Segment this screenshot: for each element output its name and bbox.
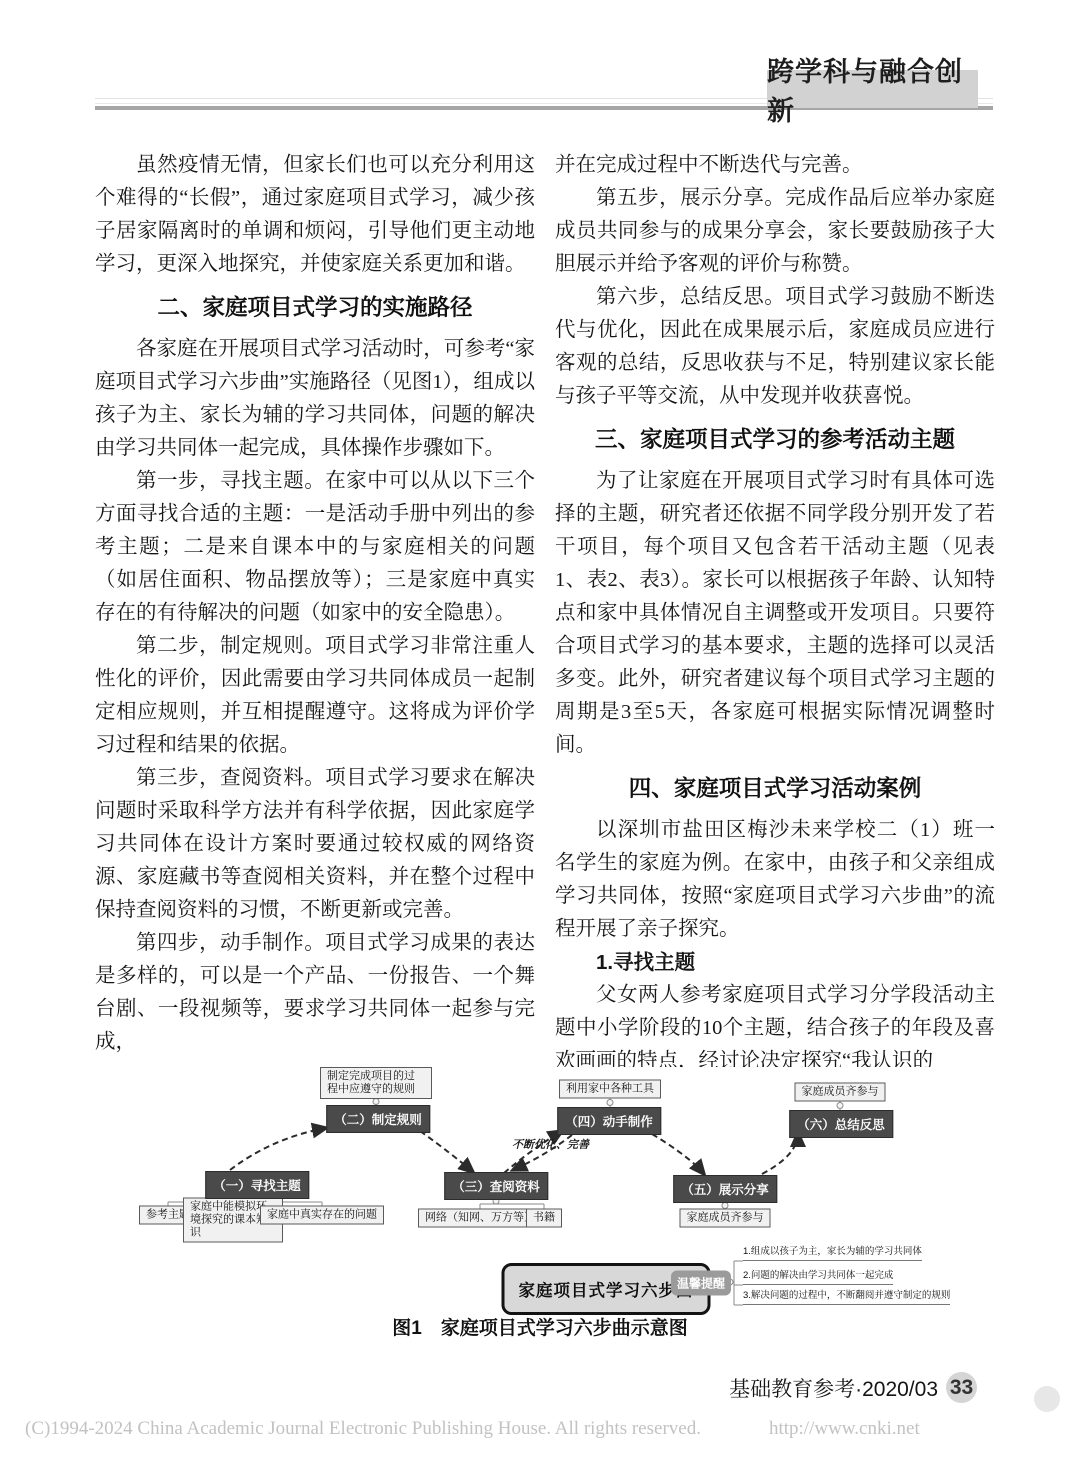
section-heading: 三、家庭项目式学习的参考活动主题: [555, 423, 995, 456]
reminder-item: 3.解决问题的过程中，不断翻阅并遵守制定的规则: [743, 1290, 950, 1305]
note-resource-books: 书籍: [526, 1209, 562, 1228]
paragraph: 父女两人参考家庭项目式学习分学段活动主题中小学阶段的10个主题，结合孩子的年段及…: [555, 979, 995, 1067]
note-tools: 利用家中各种工具: [559, 1080, 661, 1099]
arrow-step5-to-step6: [762, 1133, 798, 1174]
journal-issue-label: 基础教育参考·2020/03: [729, 1373, 938, 1403]
page-number-badge: 33: [946, 1372, 977, 1403]
note-family-top: 家庭成员齐参与: [795, 1083, 886, 1102]
article-body: 虽然疫情无情，但家长们也可以充分利用这个难得的“长假”，通过家庭项目式学习，减少…: [95, 149, 995, 1067]
note-resource-web: 网络（知网、万方等）: [418, 1209, 542, 1228]
paragraph: 第六步，总结反思。项目式学习鼓励不断迭代与优化，因此在成果展示后，家庭成员应进行…: [555, 281, 995, 413]
copyright-text: (C)1994-2024 China Academic Journal Elec…: [25, 1418, 701, 1439]
left-column: 虽然疫情无情，但家长们也可以充分利用这个难得的“长假”，通过家庭项目式学习，减少…: [95, 149, 535, 1067]
step-3-box: （三）查阅资料: [444, 1172, 548, 1200]
paragraph: 各家庭在开展项目式学习活动时，可参考“家庭项目式学习六步曲”实施路径（见图1），…: [95, 333, 535, 465]
step-6-box: （六）总结反思: [789, 1110, 893, 1138]
sub-heading: 1.寻找主题: [555, 946, 995, 979]
step-4-box: （四）动手制作: [557, 1107, 661, 1135]
paragraph: 虽然疫情无情，但家长们也可以充分利用这个难得的“长假”，通过家庭项目式学习，减少…: [95, 149, 535, 281]
footer-page-info: 基础教育参考·2020/03 33: [729, 1372, 977, 1403]
arrow-step2-to-step3: [420, 1131, 473, 1172]
section-heading: 四、家庭项目式学习活动案例: [555, 772, 995, 805]
connector-reminder-items: [733, 1261, 743, 1305]
right-column: 并在完成过程中不断迭代与完善。 第五步，展示分享。完成作品后应举办家庭成员共同参…: [555, 149, 995, 1067]
figure-caption: 图1 家庭项目式学习六步曲示意图: [60, 1313, 1020, 1340]
note-rules: 制定完成项目的过程中应遵守的规则: [320, 1067, 432, 1099]
joint-dot: [837, 1103, 843, 1109]
loop-label: 不断优化、完善: [512, 1136, 589, 1152]
paragraph: 并在完成过程中不断迭代与完善。: [555, 149, 995, 182]
paragraph: 为了让家庭在开展项目式学习时有具体可选择的主题，研究者还依据不同学段分别开发了若…: [555, 465, 995, 762]
step-2-box: （二）制定规则: [326, 1105, 430, 1133]
reminder-item: 1.组成以孩子为主，家长为辅的学习共同体: [743, 1246, 922, 1261]
figure-1-diagram: 制定完成项目的过程中应遵守的规则 利用家中各种工具 家庭成员齐参与 参考主题 家…: [60, 1058, 1020, 1368]
paragraph: 第五步，展示分享。完成作品后应举办家庭成员共同参与的成果分享会，家长要鼓励孩子大…: [555, 182, 995, 281]
joint-dot: [373, 1099, 379, 1105]
reminder-label: 温馨提醒: [671, 1271, 731, 1296]
section-tag: 跨学科与融合创新: [767, 70, 978, 108]
journal-page: 跨学科与融合创新 虽然疫情无情，但家长们也可以充分利用这个难得的“长假”，通过家…: [0, 0, 1080, 1465]
step-5-box: （五）展示分享: [673, 1175, 777, 1203]
paragraph: 第一步，寻找主题。在家中可以从以下三个方面寻找合适的主题：一是活动手册中列出的参…: [95, 465, 535, 630]
reminder-item: 2.问题的解决由学习共同体一起完成: [743, 1270, 893, 1285]
note-source-3: 家庭中真实存在的问题: [260, 1206, 384, 1225]
publisher-url: http://www.cnki.net: [769, 1418, 920, 1439]
arrow-step1-to-step2: [230, 1128, 326, 1170]
section-heading: 二、家庭项目式学习的实施路径: [95, 291, 535, 324]
copyright-line: (C)1994-2024 China Academic Journal Elec…: [25, 1418, 920, 1440]
paragraph: 第四步，动手制作。项目式学习成果的表达是多样的，可以是一个产品、一份报告、一个舞…: [95, 927, 535, 1059]
joint-dot: [607, 1100, 613, 1106]
arrow-step4-to-step5: [652, 1134, 704, 1174]
note-family-bottom: 家庭成员齐参与: [680, 1209, 771, 1228]
step-1-box: （一）寻找主题: [205, 1171, 309, 1199]
scan-artifact: [1034, 1386, 1060, 1412]
paragraph: 以深圳市盐田区梅沙未来学校二（1）班一名学生的家庭为例。在家中，由孩子和父亲组成…: [555, 814, 995, 946]
paragraph: 第二步，制定规则。项目式学习非常注重人性化的评价，因此需要由学习共同体成员一起制…: [95, 630, 535, 762]
paragraph: 第三步，查阅资料。项目式学习要求在解决问题时采取科学方法并有科学依据，因此家庭学…: [95, 762, 535, 927]
